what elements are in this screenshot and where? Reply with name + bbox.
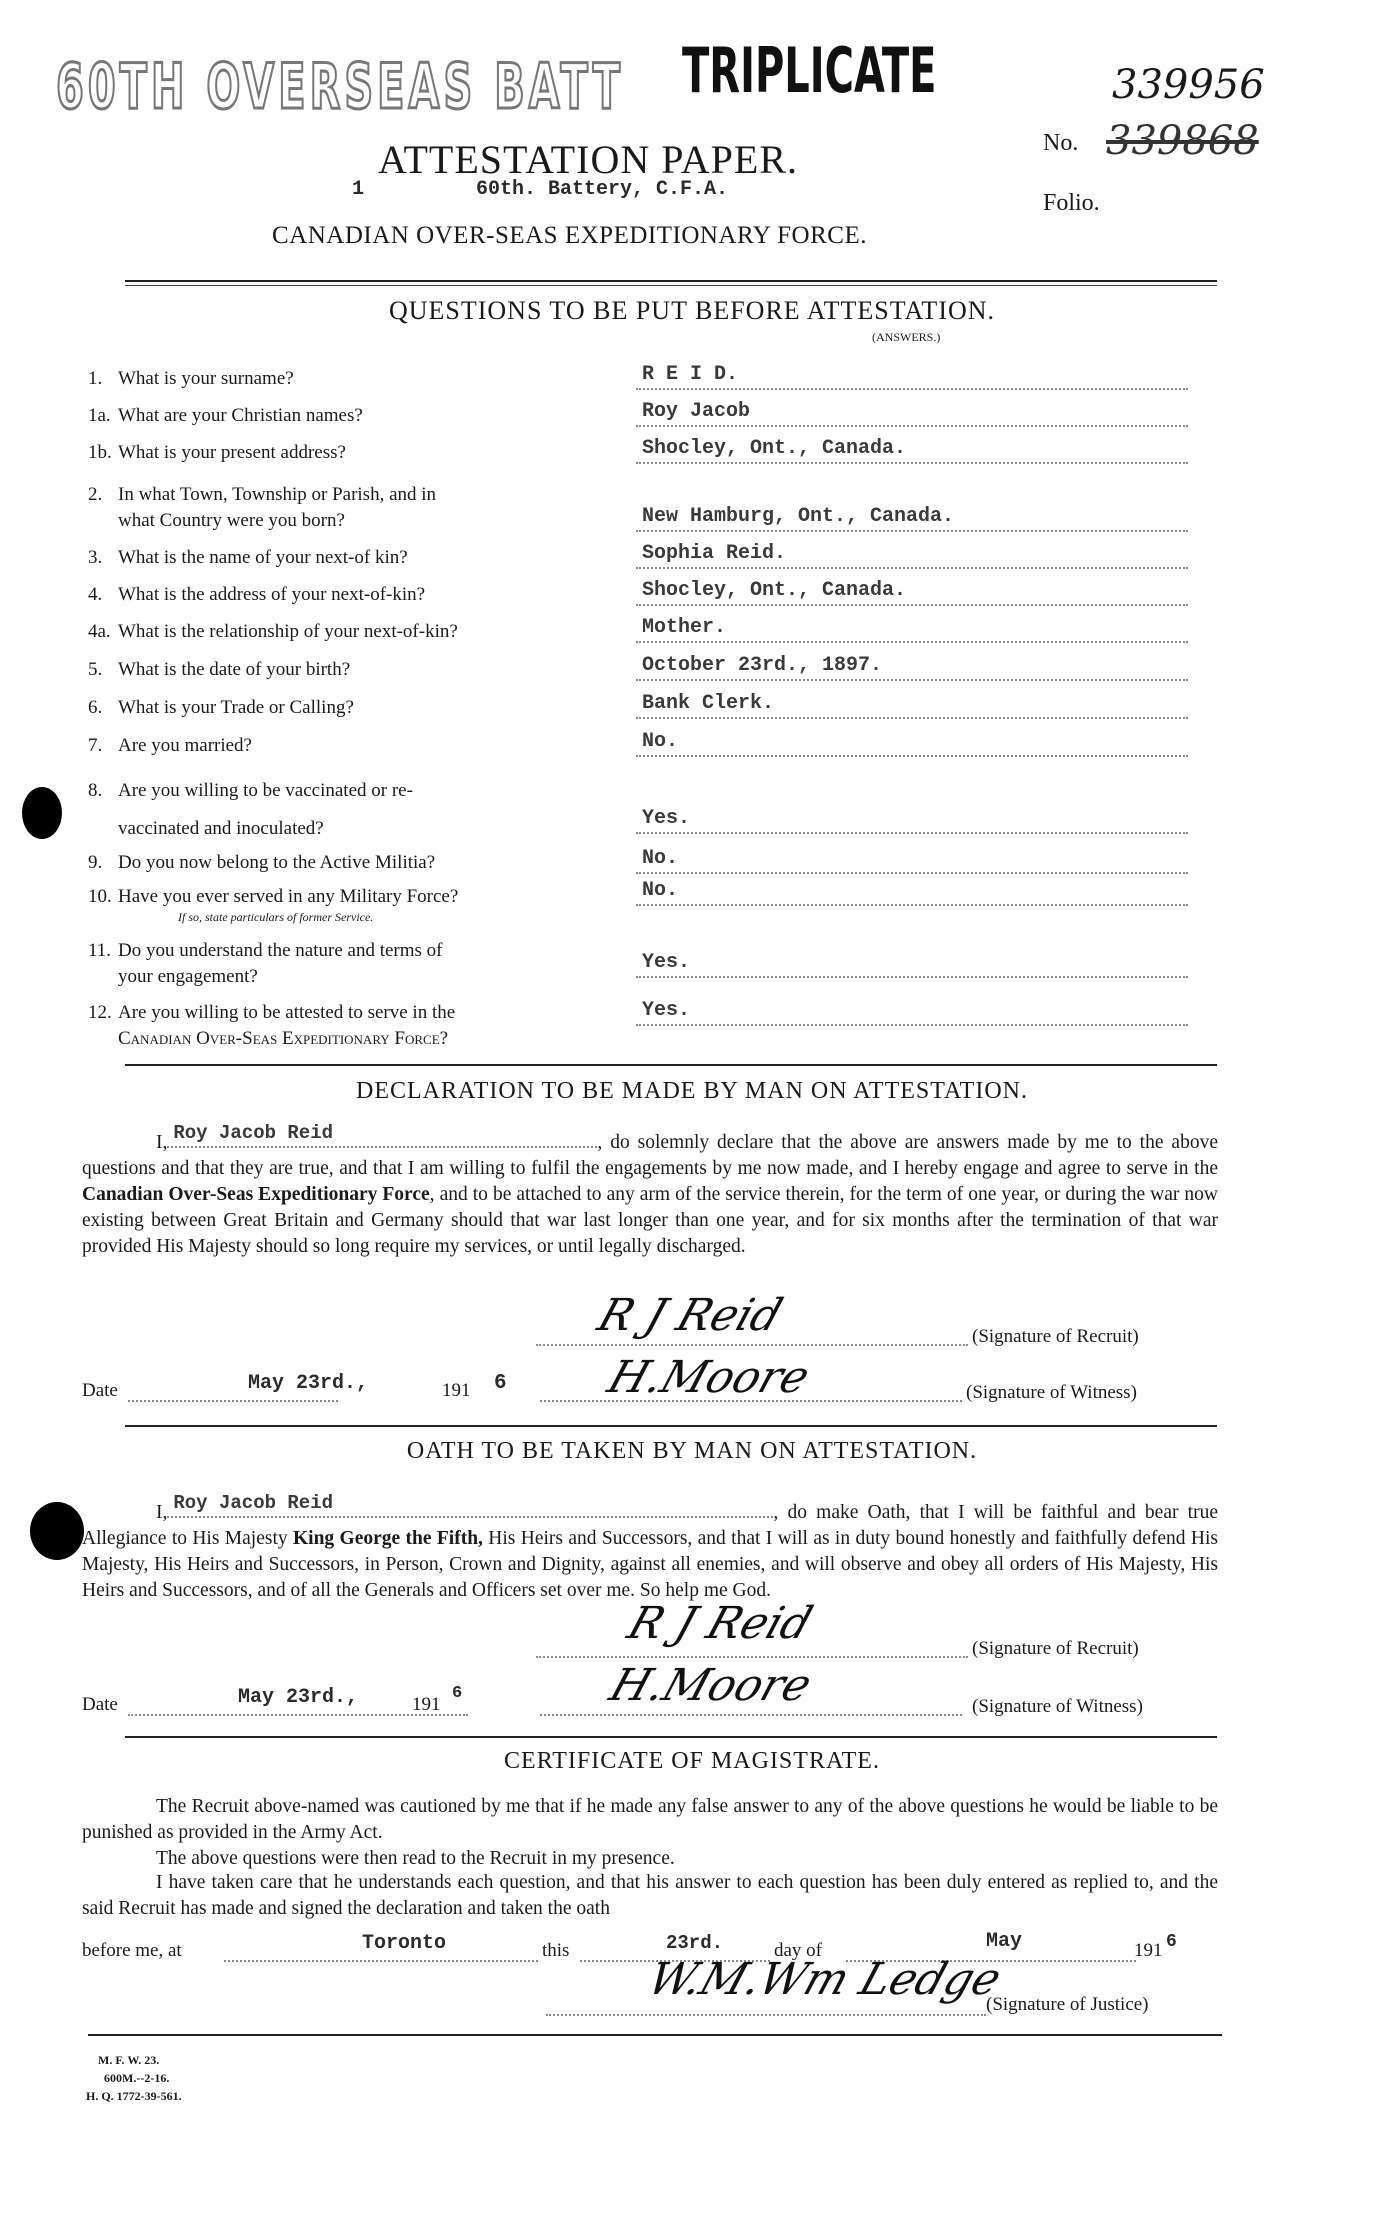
certificate-year-suffix: 6 bbox=[1166, 1932, 1177, 1952]
document-title: ATTESTATION PAPER. bbox=[378, 136, 798, 183]
declaration-witness-signature-label: (Signature of Witness) bbox=[966, 1382, 1137, 1404]
answer-birthplace[interactable]: New Hamburg, Ont., Canada. bbox=[636, 506, 1188, 532]
question-10: 10.Have you ever served in any Military … bbox=[88, 884, 614, 910]
justice-signature: W.M.Wm Ledge bbox=[642, 1954, 1008, 2005]
declaration-date-label: Date bbox=[82, 1380, 118, 1402]
question-9: 9.Do you now belong to the Active Militi… bbox=[88, 850, 614, 876]
folio-label: Folio. bbox=[1043, 190, 1100, 217]
declaration-year-suffix: 6 bbox=[494, 1372, 507, 1395]
certificate-divider bbox=[88, 2034, 1222, 2036]
question-5: 5.What is the date of your birth? bbox=[88, 657, 614, 683]
question-11: 11.Do you understand the nature and term… bbox=[88, 938, 614, 990]
answer-understand-terms[interactable]: Yes. bbox=[636, 952, 1188, 978]
declaration-year-prefix: 191 bbox=[442, 1380, 471, 1402]
answer-present-address[interactable]: Shocley, Ont., Canada. bbox=[636, 438, 1188, 464]
question-2: 2.In what Town, Township or Parish, and … bbox=[88, 482, 614, 534]
answer-next-of-kin-name[interactable]: Sophia Reid. bbox=[636, 543, 1188, 569]
struck-number: 339868 bbox=[1106, 118, 1259, 164]
triplicate-stamp: TRIPLICATE bbox=[682, 36, 936, 107]
answer-married[interactable]: No. bbox=[636, 731, 1188, 757]
question-8: 8.Are you willing to be vaccinated or re… bbox=[88, 772, 614, 848]
oath-recruit-signature: R J Reid bbox=[622, 1598, 819, 1649]
answer-vaccinated[interactable]: Yes. bbox=[636, 808, 1188, 834]
answer-next-of-kin-address[interactable]: Shocley, Ont., Canada. bbox=[636, 580, 1188, 606]
questions-heading: QUESTIONS TO BE PUT BEFORE ATTESTATION. bbox=[0, 296, 1384, 326]
punch-hole-lower bbox=[30, 1502, 84, 1560]
footer-hq-reference: H. Q. 1772-39-561. bbox=[86, 2089, 182, 2104]
oath-divider bbox=[125, 1736, 1217, 1738]
answer-christian-names[interactable]: Roy Jacob bbox=[636, 401, 1188, 427]
place-value: Toronto bbox=[362, 1932, 446, 1955]
certificate-para-1: The Recruit above-named was cautioned by… bbox=[82, 1794, 1218, 1846]
month-value: May bbox=[986, 1930, 1022, 1953]
certificate-para-3: I have taken care that he understands ea… bbox=[82, 1870, 1218, 1922]
certificate-para-2: The above questions were then read to th… bbox=[82, 1846, 1218, 1872]
day-value: 23rd. bbox=[666, 1932, 723, 1954]
declaration-heading: DECLARATION TO BE MADE BY MAN ON ATTESTA… bbox=[0, 1078, 1384, 1105]
question-1b: 1b.What is your present address? bbox=[88, 440, 614, 466]
justice-signature-label: (Signature of Justice) bbox=[986, 1994, 1149, 2016]
certificate-heading: CERTIFICATE OF MAGISTRATE. bbox=[0, 1748, 1384, 1775]
question-10-note: If so, state particulars of former Servi… bbox=[178, 910, 373, 925]
question-3: 3.What is the name of your next-of kin? bbox=[88, 545, 614, 571]
answer-willing-to-attest[interactable]: Yes. bbox=[636, 1000, 1188, 1026]
number-label: No. bbox=[1043, 130, 1078, 157]
regimental-number: 339956 bbox=[1112, 62, 1265, 108]
unit-prefix: 1 bbox=[352, 178, 364, 201]
oath-date-label: Date bbox=[82, 1694, 118, 1716]
declaration-name-field[interactable]: Roy Jacob Reid bbox=[167, 1124, 597, 1148]
answer-surname[interactable]: R E I D. bbox=[636, 364, 1188, 390]
header-divider bbox=[125, 280, 1217, 286]
question-1a: 1a.What are your Christian names? bbox=[88, 403, 614, 429]
unit-designation: 60th. Battery, C.F.A. bbox=[476, 178, 728, 201]
battery-stamp: 60TH OVERSEAS BATT bbox=[56, 52, 624, 123]
oath-date-value: May 23rd., bbox=[238, 1686, 358, 1709]
declaration-text: I,Roy Jacob Reid, do solemnly declare th… bbox=[82, 1124, 1218, 1260]
answer-active-militia[interactable]: No. bbox=[636, 848, 1188, 874]
force-name: CANADIAN OVER-SEAS EXPEDITIONARY FORCE. bbox=[272, 222, 867, 250]
oath-witness-signature-label: (Signature of Witness) bbox=[972, 1696, 1143, 1718]
declaration-witness-signature: H.Moore bbox=[602, 1352, 816, 1403]
question-6: 6.What is your Trade or Calling? bbox=[88, 695, 614, 721]
footer-form-number: M. F. W. 23. bbox=[98, 2053, 159, 2068]
answer-trade[interactable]: Bank Clerk. bbox=[636, 693, 1188, 719]
declaration-divider bbox=[125, 1425, 1217, 1427]
oath-name-field[interactable]: Roy Jacob Reid bbox=[167, 1494, 773, 1518]
question-4: 4.What is the address of your next-of-ki… bbox=[88, 582, 614, 608]
oath-witness-signature: H.Moore bbox=[604, 1660, 818, 1711]
footer-print-run: 600M.--2-16. bbox=[104, 2071, 169, 2086]
before-me-label: before me, at bbox=[82, 1940, 182, 1962]
answer-date-of-birth[interactable]: October 23rd., 1897. bbox=[636, 655, 1188, 681]
punch-hole-upper bbox=[22, 787, 62, 839]
oath-recruit-signature-label: (Signature of Recruit) bbox=[972, 1638, 1139, 1660]
declaration-date-value: May 23rd., bbox=[248, 1372, 368, 1395]
questions-divider bbox=[125, 1064, 1217, 1066]
declaration-recruit-signature: R J Reid bbox=[592, 1290, 789, 1341]
question-1: 1.What is your surname? bbox=[88, 366, 614, 392]
question-7: 7.Are you married? bbox=[88, 733, 614, 759]
oath-text: I,Roy Jacob Reid, do make Oath, that I w… bbox=[82, 1494, 1218, 1604]
this-label: this bbox=[542, 1940, 569, 1962]
answer-next-of-kin-relationship[interactable]: Mother. bbox=[636, 617, 1188, 643]
declaration-recruit-signature-label: (Signature of Recruit) bbox=[972, 1326, 1139, 1348]
oath-year-prefix: 191 bbox=[412, 1694, 441, 1716]
question-4a: 4a.What is the relationship of your next… bbox=[88, 619, 614, 645]
certificate-year-prefix: 191 bbox=[1134, 1940, 1163, 1962]
oath-year-suffix: 6 bbox=[452, 1684, 462, 1703]
answers-label: (ANSWERS.) bbox=[872, 330, 940, 345]
question-12: 12.Are you willing to be attested to ser… bbox=[88, 1000, 614, 1052]
answer-military-service[interactable]: No. bbox=[636, 880, 1188, 906]
oath-heading: OATH TO BE TAKEN BY MAN ON ATTESTATION. bbox=[0, 1438, 1384, 1465]
